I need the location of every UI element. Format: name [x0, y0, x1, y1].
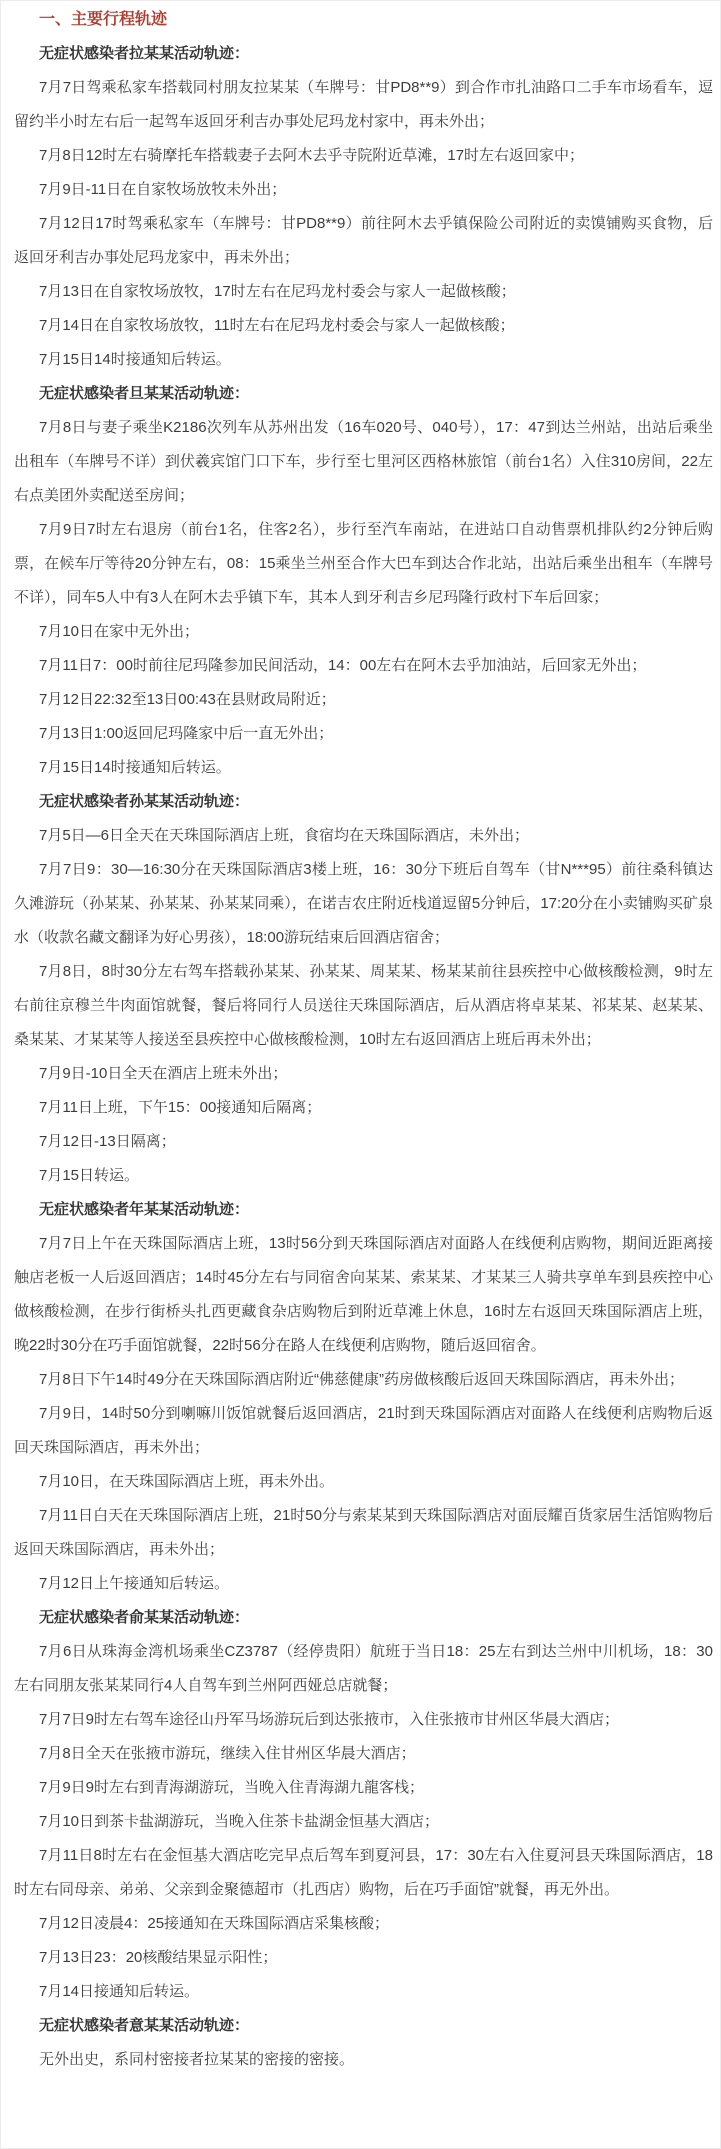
sections-container: 无症状感染者拉某某活动轨迹：7月7日驾乘私家车搭载同村朋友拉某某（车牌号：甘PD… [14, 37, 713, 2077]
section-header: 无症状感染者意某某活动轨迹： [14, 2009, 713, 2043]
section-header: 无症状感染者俞某某活动轨迹： [14, 1601, 713, 1635]
trajectory-paragraph: 7月9日，14时50分到喇嘛川饭馆就餐后返回酒店，21时到天珠国际酒店对面路人在… [14, 1397, 713, 1465]
trajectory-paragraph: 7月15日转运。 [14, 1159, 713, 1193]
trajectory-paragraph: 7月12日凌晨4：25接通知在天珠国际酒店采集核酸； [14, 1907, 713, 1941]
section-header: 无症状感染者旦某某活动轨迹： [14, 377, 713, 411]
trajectory-paragraph: 7月14日在自家牧场放牧，11时左右在尼玛龙村委会与家人一起做核酸； [14, 309, 713, 343]
trajectory-paragraph: 7月9日7时左右退房（前台1名，住客2名），步行至汽车南站，在进站口自动售票机排… [14, 513, 713, 615]
trajectory-paragraph: 7月11日上班，下午15：00接通知后隔离； [14, 1091, 713, 1125]
trajectory-paragraph: 7月10日，在天珠国际酒店上班，再未外出。 [14, 1465, 713, 1499]
trajectory-paragraph: 7月11日白天在天珠国际酒店上班，21时50分与索某某到天珠国际酒店对面辰耀百货… [14, 1499, 713, 1567]
trajectory-paragraph: 无外出史，系同村密接者拉某某的密接的密接。 [14, 2043, 713, 2077]
trajectory-paragraph: 7月14日接通知后转运。 [14, 1975, 713, 2009]
trajectory-paragraph: 7月12日22:32至13日00:43在县财政局附近； [14, 683, 713, 717]
trajectory-paragraph: 7月13日1:00返回尼玛隆家中后一直无外出； [14, 717, 713, 751]
trajectory-paragraph: 7月10日到茶卡盐湖游玩，当晚入住茶卡盐湖金恒基大酒店； [14, 1805, 713, 1839]
trajectory-paragraph: 7月9日-10日全天在酒店上班未外出； [14, 1057, 713, 1091]
trajectory-paragraph: 7月8日下午14时49分在天珠国际酒店附近“佛慈健康”药房做核酸后返回天珠国际酒… [14, 1363, 713, 1397]
trajectory-paragraph: 7月10日在家中无外出； [14, 615, 713, 649]
trajectory-paragraph: 7月8日，8时30分左右驾车搭载孙某某、孙某某、周某某、杨某某前往县疾控中心做核… [14, 955, 713, 1057]
trajectory-paragraph: 7月11日8时左右在金恒基大酒店吃完早点后驾车到夏河县，17：30左右入住夏河县… [14, 1839, 713, 1907]
trajectory-paragraph: 7月7日上午在天珠国际酒店上班，13时56分到天珠国际酒店对面路人在线便利店购物… [14, 1227, 713, 1363]
trajectory-paragraph: 7月8日12时左右骑摩托车搭载妻子去阿木去乎寺院附近草滩，17时左右返回家中； [14, 139, 713, 173]
section-header: 无症状感染者年某某活动轨迹： [14, 1193, 713, 1227]
trajectory-paragraph: 7月8日与妻子乘坐K2186次列车从苏州出发（16车020号、040号），17：… [14, 411, 713, 513]
trajectory-paragraph: 7月5日—6日全天在天珠国际酒店上班，食宿均在天珠国际酒店，未外出； [14, 819, 713, 853]
section-header: 无症状感染者孙某某活动轨迹： [14, 785, 713, 819]
trajectory-paragraph: 7月13日在自家牧场放牧，17时左右在尼玛龙村委会与家人一起做核酸； [14, 275, 713, 309]
trajectory-paragraph: 7月12日-13日隔离； [14, 1125, 713, 1159]
section-header: 无症状感染者拉某某活动轨迹： [14, 37, 713, 71]
page-title: 一、主要行程轨迹 [14, 3, 713, 37]
trajectory-article: 一、主要行程轨迹 无症状感染者拉某某活动轨迹：7月7日驾乘私家车搭载同村朋友拉某… [14, 3, 713, 2077]
trajectory-paragraph: 7月8日全天在张掖市游玩，继续入住甘州区华晨大酒店； [14, 1737, 713, 1771]
trajectory-paragraph: 7月6日从珠海金湾机场乘坐CZ3787（经停贵阳）航班于当日18：25左右到达兰… [14, 1635, 713, 1703]
trajectory-paragraph: 7月15日14时接通知后转运。 [14, 343, 713, 377]
trajectory-paragraph: 7月12日上午接通知后转运。 [14, 1567, 713, 1601]
trajectory-paragraph: 7月9日-11日在自家牧场放牧未外出； [14, 173, 713, 207]
trajectory-paragraph: 7月7日9时左右驾车途径山丹军马场游玩后到达张掖市，入住张掖市甘州区华晨大酒店； [14, 1703, 713, 1737]
trajectory-paragraph: 7月11日7：00时前往尼玛隆参加民间活动，14：00左右在阿木去乎加油站，后回… [14, 649, 713, 683]
trajectory-paragraph: 7月15日14时接通知后转运。 [14, 751, 713, 785]
trajectory-paragraph: 7月13日23：20核酸结果显示阳性； [14, 1941, 713, 1975]
trajectory-paragraph: 7月7日驾乘私家车搭载同村朋友拉某某（车牌号：甘PD8**9）到合作市扎油路口二… [14, 71, 713, 139]
trajectory-paragraph: 7月7日9：30—16:30分在天珠国际酒店3楼上班，16：30分下班后自驾车（… [14, 853, 713, 955]
trajectory-paragraph: 7月9日9时左右到青海湖游玩，当晚入住青海湖九龍客栈； [14, 1771, 713, 1805]
trajectory-paragraph: 7月12日17时驾乘私家车（车牌号：甘PD8**9）前往阿木去乎镇保险公司附近的… [14, 207, 713, 275]
